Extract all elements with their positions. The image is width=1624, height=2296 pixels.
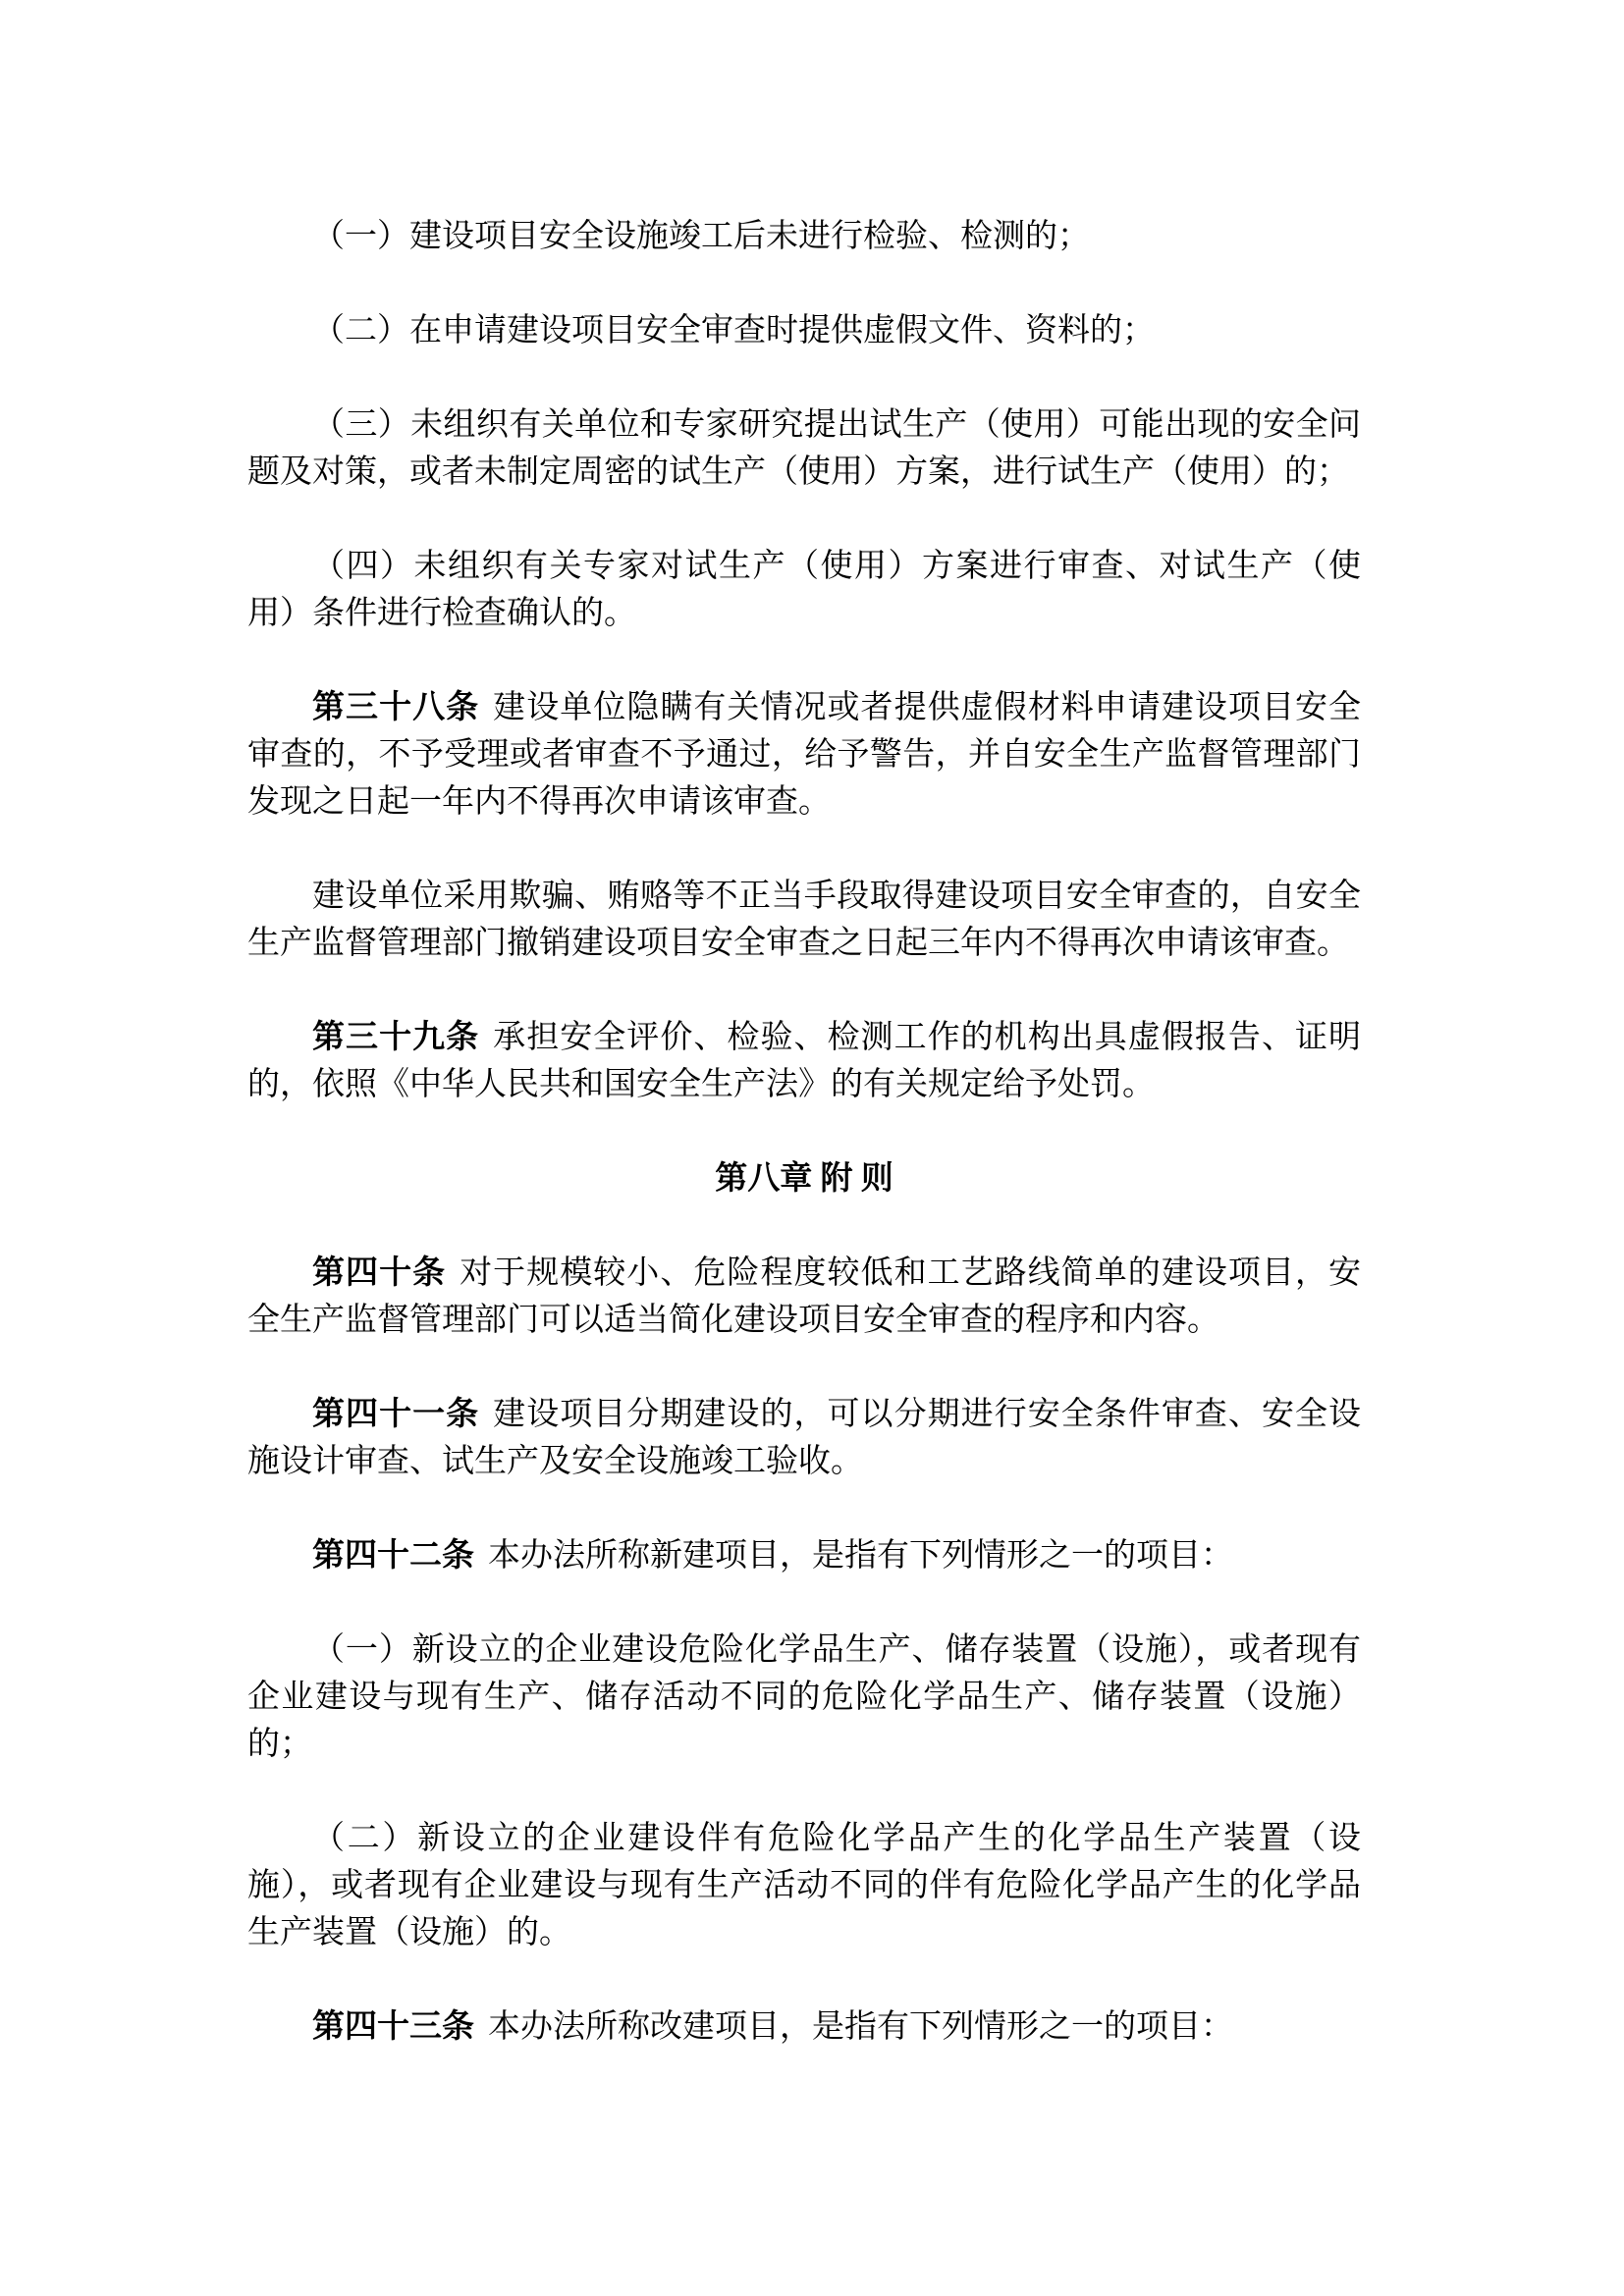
article-38-paragraph: 第三十八条建设单位隐瞒有关情况或者提供虚假材料申请建设项目安全审查的，不予受理或…	[247, 684, 1361, 826]
clause-item-4: （四）未组织有关专家对试生产（使用）方案进行审查、对试生产（使用）条件进行检查确…	[247, 543, 1361, 637]
article-text: 本办法所称改建项目，是指有下列情形之一的项目：	[488, 2009, 1233, 2045]
article-40-paragraph: 第四十条对于规模较小、危险程度较低和工艺路线简单的建设项目，安全生产监督管理部门…	[247, 1250, 1361, 1344]
article-number: 第三十八条	[312, 690, 479, 725]
document-page: （一）建设项目安全设施竣工后未进行检验、检测的； （二）在申请建设项目安全审查时…	[0, 0, 1624, 2296]
clause-item-3: （三）未组织有关单位和专家研究提出试生产（使用）可能出现的安全问题及对策，或者未…	[247, 401, 1361, 496]
clause-item-new-2: （二）新设立的企业建设伴有危险化学品产生的化学品生产装置（设施），或者现有企业建…	[247, 1815, 1361, 1956]
article-number: 第四十三条	[312, 2009, 474, 2045]
clause-text: （四）未组织有关专家对试生产（使用）方案进行审查、对试生产（使用）条件进行检查确…	[247, 549, 1361, 631]
clause-text: （二）新设立的企业建设伴有危险化学品产生的化学品生产装置（设施），或者现有企业建…	[247, 1821, 1361, 1950]
clause-text: （三）未组织有关单位和专家研究提出试生产（使用）可能出现的安全问题及对策，或者未…	[247, 407, 1361, 490]
article-number: 第三十九条	[312, 1020, 479, 1055]
clause-item-new-1: （一）新设立的企业建设危险化学品生产、储存装置（设施），或者现有企业建设与现有生…	[247, 1627, 1361, 1768]
article-text: 建设单位采用欺骗、贿赂等不正当手段取得建设项目安全审查的，自安全生产监督管理部门…	[247, 879, 1361, 961]
clause-item-2: （二）在申请建设项目安全审查时提供虚假文件、资料的；	[247, 307, 1361, 354]
article-39-paragraph: 第三十九条承担安全评价、检验、检测工作的机构出具虚假报告、证明的，依照《中华人民…	[247, 1014, 1361, 1108]
article-text: 本办法所称新建项目，是指有下列情形之一的项目：	[488, 1538, 1233, 1574]
clause-text: （一）新设立的企业建设危险化学品生产、储存装置（设施），或者现有企业建设与现有生…	[247, 1632, 1361, 1762]
clause-text: （一）建设项目安全设施竣工后未进行检验、检测的；	[312, 219, 1090, 254]
article-38-paragraph-2: 建设单位采用欺骗、贿赂等不正当手段取得建设项目安全审查的，自安全生产监督管理部门…	[247, 873, 1361, 967]
chapter-heading: 第八章 附 则	[247, 1155, 1361, 1202]
article-number: 第四十条	[312, 1255, 446, 1291]
clause-text: （二）在申请建设项目安全审查时提供虚假文件、资料的；	[312, 313, 1155, 348]
article-number: 第四十二条	[312, 1538, 474, 1574]
article-number: 第四十一条	[312, 1397, 479, 1432]
clause-item-1: （一）建设项目安全设施竣工后未进行检验、检测的；	[247, 213, 1361, 260]
article-42-paragraph: 第四十二条本办法所称新建项目，是指有下列情形之一的项目：	[247, 1532, 1361, 1579]
article-43-paragraph: 第四十三条本办法所称改建项目，是指有下列情形之一的项目：	[247, 2003, 1361, 2051]
article-41-paragraph: 第四十一条建设项目分期建设的，可以分期进行安全条件审查、安全设施设计审查、试生产…	[247, 1391, 1361, 1485]
